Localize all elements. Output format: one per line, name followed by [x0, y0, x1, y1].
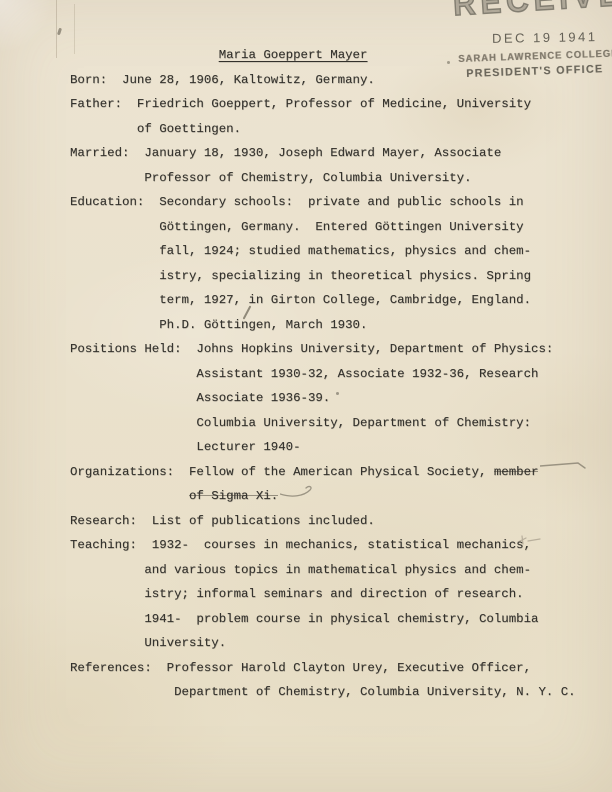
line-references-1: References: Professor Harold Clayton Ure… — [70, 656, 576, 681]
document-text: Maria Goeppert MayerBorn: June 28, 1906,… — [70, 43, 576, 705]
line-positions-5: Lecturer 1940- — [70, 435, 576, 460]
line-references-2: Department of Chemistry, Columbia Univer… — [70, 680, 576, 705]
text-segment: University. — [70, 636, 226, 650]
line-education-3: fall, 1924; studied mathematics, physics… — [70, 239, 576, 264]
paper-crease-mark — [56, 0, 57, 58]
text-segment: Born: June 28, 1906, Kaltowitz, Germany. — [70, 73, 375, 87]
text-segment: istry, specializing in theoretical physi… — [70, 269, 531, 283]
line-positions-3: Associate 1936-39. — [70, 386, 576, 411]
line-teaching-3: istry; informal seminars and direction o… — [70, 582, 576, 607]
line-father-1: Father: Friedrich Goeppert, Professor of… — [70, 92, 576, 117]
scanned-page: RECEIVED DEC 19 1941 SARAH LAWRENCE COLL… — [0, 0, 612, 792]
text-segment: Lecturer 1940- — [70, 440, 301, 454]
text-segment: Organizations: Fellow of the American Ph… — [70, 465, 494, 479]
text-segment: of Goettingen. — [70, 122, 241, 136]
text-segment — [70, 489, 189, 503]
line-born: Born: June 28, 1906, Kaltowitz, Germany. — [70, 68, 576, 93]
line-research: Research: List of publications included. — [70, 509, 576, 534]
line-married-1: Married: January 18, 1930, Joseph Edward… — [70, 141, 576, 166]
text-segment: and various topics in mathematical physi… — [70, 563, 531, 577]
line-positions-1: Positions Held: Johns Hopkins University… — [70, 337, 576, 362]
line-teaching-5: University. — [70, 631, 576, 656]
text-segment: Göttingen, Germany. Entered Göttingen Un… — [70, 220, 524, 234]
text-segment: References: Professor Harold Clayton Ure… — [70, 661, 531, 675]
document-title-text: Maria Goeppert Mayer — [219, 48, 368, 62]
line-father-2: of Goettingen. — [70, 117, 576, 142]
line-organizations-1: Organizations: Fellow of the American Ph… — [70, 460, 576, 485]
line-teaching-1: Teaching: 1932- courses in mechanics, st… — [70, 533, 576, 558]
line-education-4: istry, specializing in theoretical physi… — [70, 264, 576, 289]
text-segment: fall, 1924; studied mathematics, physics… — [70, 244, 531, 258]
text-segment: istry; informal seminars and direction o… — [70, 587, 524, 601]
line-organizations-2: of Sigma Xi. — [70, 484, 576, 509]
text-segment: Assistant 1930-32, Associate 1932-36, Re… — [70, 367, 538, 381]
line-education-5: term, 1927, in Girton College, Cambridge… — [70, 288, 576, 313]
line-teaching-4: 1941- problem course in physical chemist… — [70, 607, 576, 632]
line-education-2: Göttingen, Germany. Entered Göttingen Un… — [70, 215, 576, 240]
pencil-speck — [57, 28, 62, 36]
text-segment: Teaching: 1932- courses in mechanics, st… — [70, 538, 531, 552]
text-segment: Positions Held: Johns Hopkins University… — [70, 342, 553, 356]
text-segment: Married: January 18, 1930, Joseph Edward… — [70, 146, 501, 160]
line-positions-4: Columbia University, Department of Chemi… — [70, 411, 576, 436]
text-segment: Ph.D. Göttingen, March 1930. — [70, 318, 367, 332]
struck-text: member — [494, 465, 539, 479]
line-teaching-2: and various topics in mathematical physi… — [70, 558, 576, 583]
text-segment: term, 1927, in Girton College, Cambridge… — [70, 293, 531, 307]
document-title: Maria Goeppert Mayer — [70, 43, 576, 68]
struck-text: of Sigma Xi. — [189, 489, 278, 503]
line-education-1: Education: Secondary schools: private an… — [70, 190, 576, 215]
text-segment: Columbia University, Department of Chemi… — [70, 416, 531, 430]
text-segment: Research: List of publications included. — [70, 514, 375, 528]
text-segment: Education: Secondary schools: private an… — [70, 195, 524, 209]
text-segment: 1941- problem course in physical chemist… — [70, 612, 538, 626]
received-stamp: RECEIVED — [452, 0, 612, 24]
text-segment: Father: Friedrich Goeppert, Professor of… — [70, 97, 531, 111]
line-positions-2: Assistant 1930-32, Associate 1932-36, Re… — [70, 362, 576, 387]
text-segment: Department of Chemistry, Columbia Univer… — [70, 685, 576, 699]
line-married-2: Professor of Chemistry, Columbia Univers… — [70, 166, 576, 191]
text-segment — [70, 48, 219, 62]
line-education-6: Ph.D. Göttingen, March 1930. — [70, 313, 576, 338]
text-segment: Associate 1936-39. — [70, 391, 330, 405]
text-segment: Professor of Chemistry, Columbia Univers… — [70, 171, 472, 185]
